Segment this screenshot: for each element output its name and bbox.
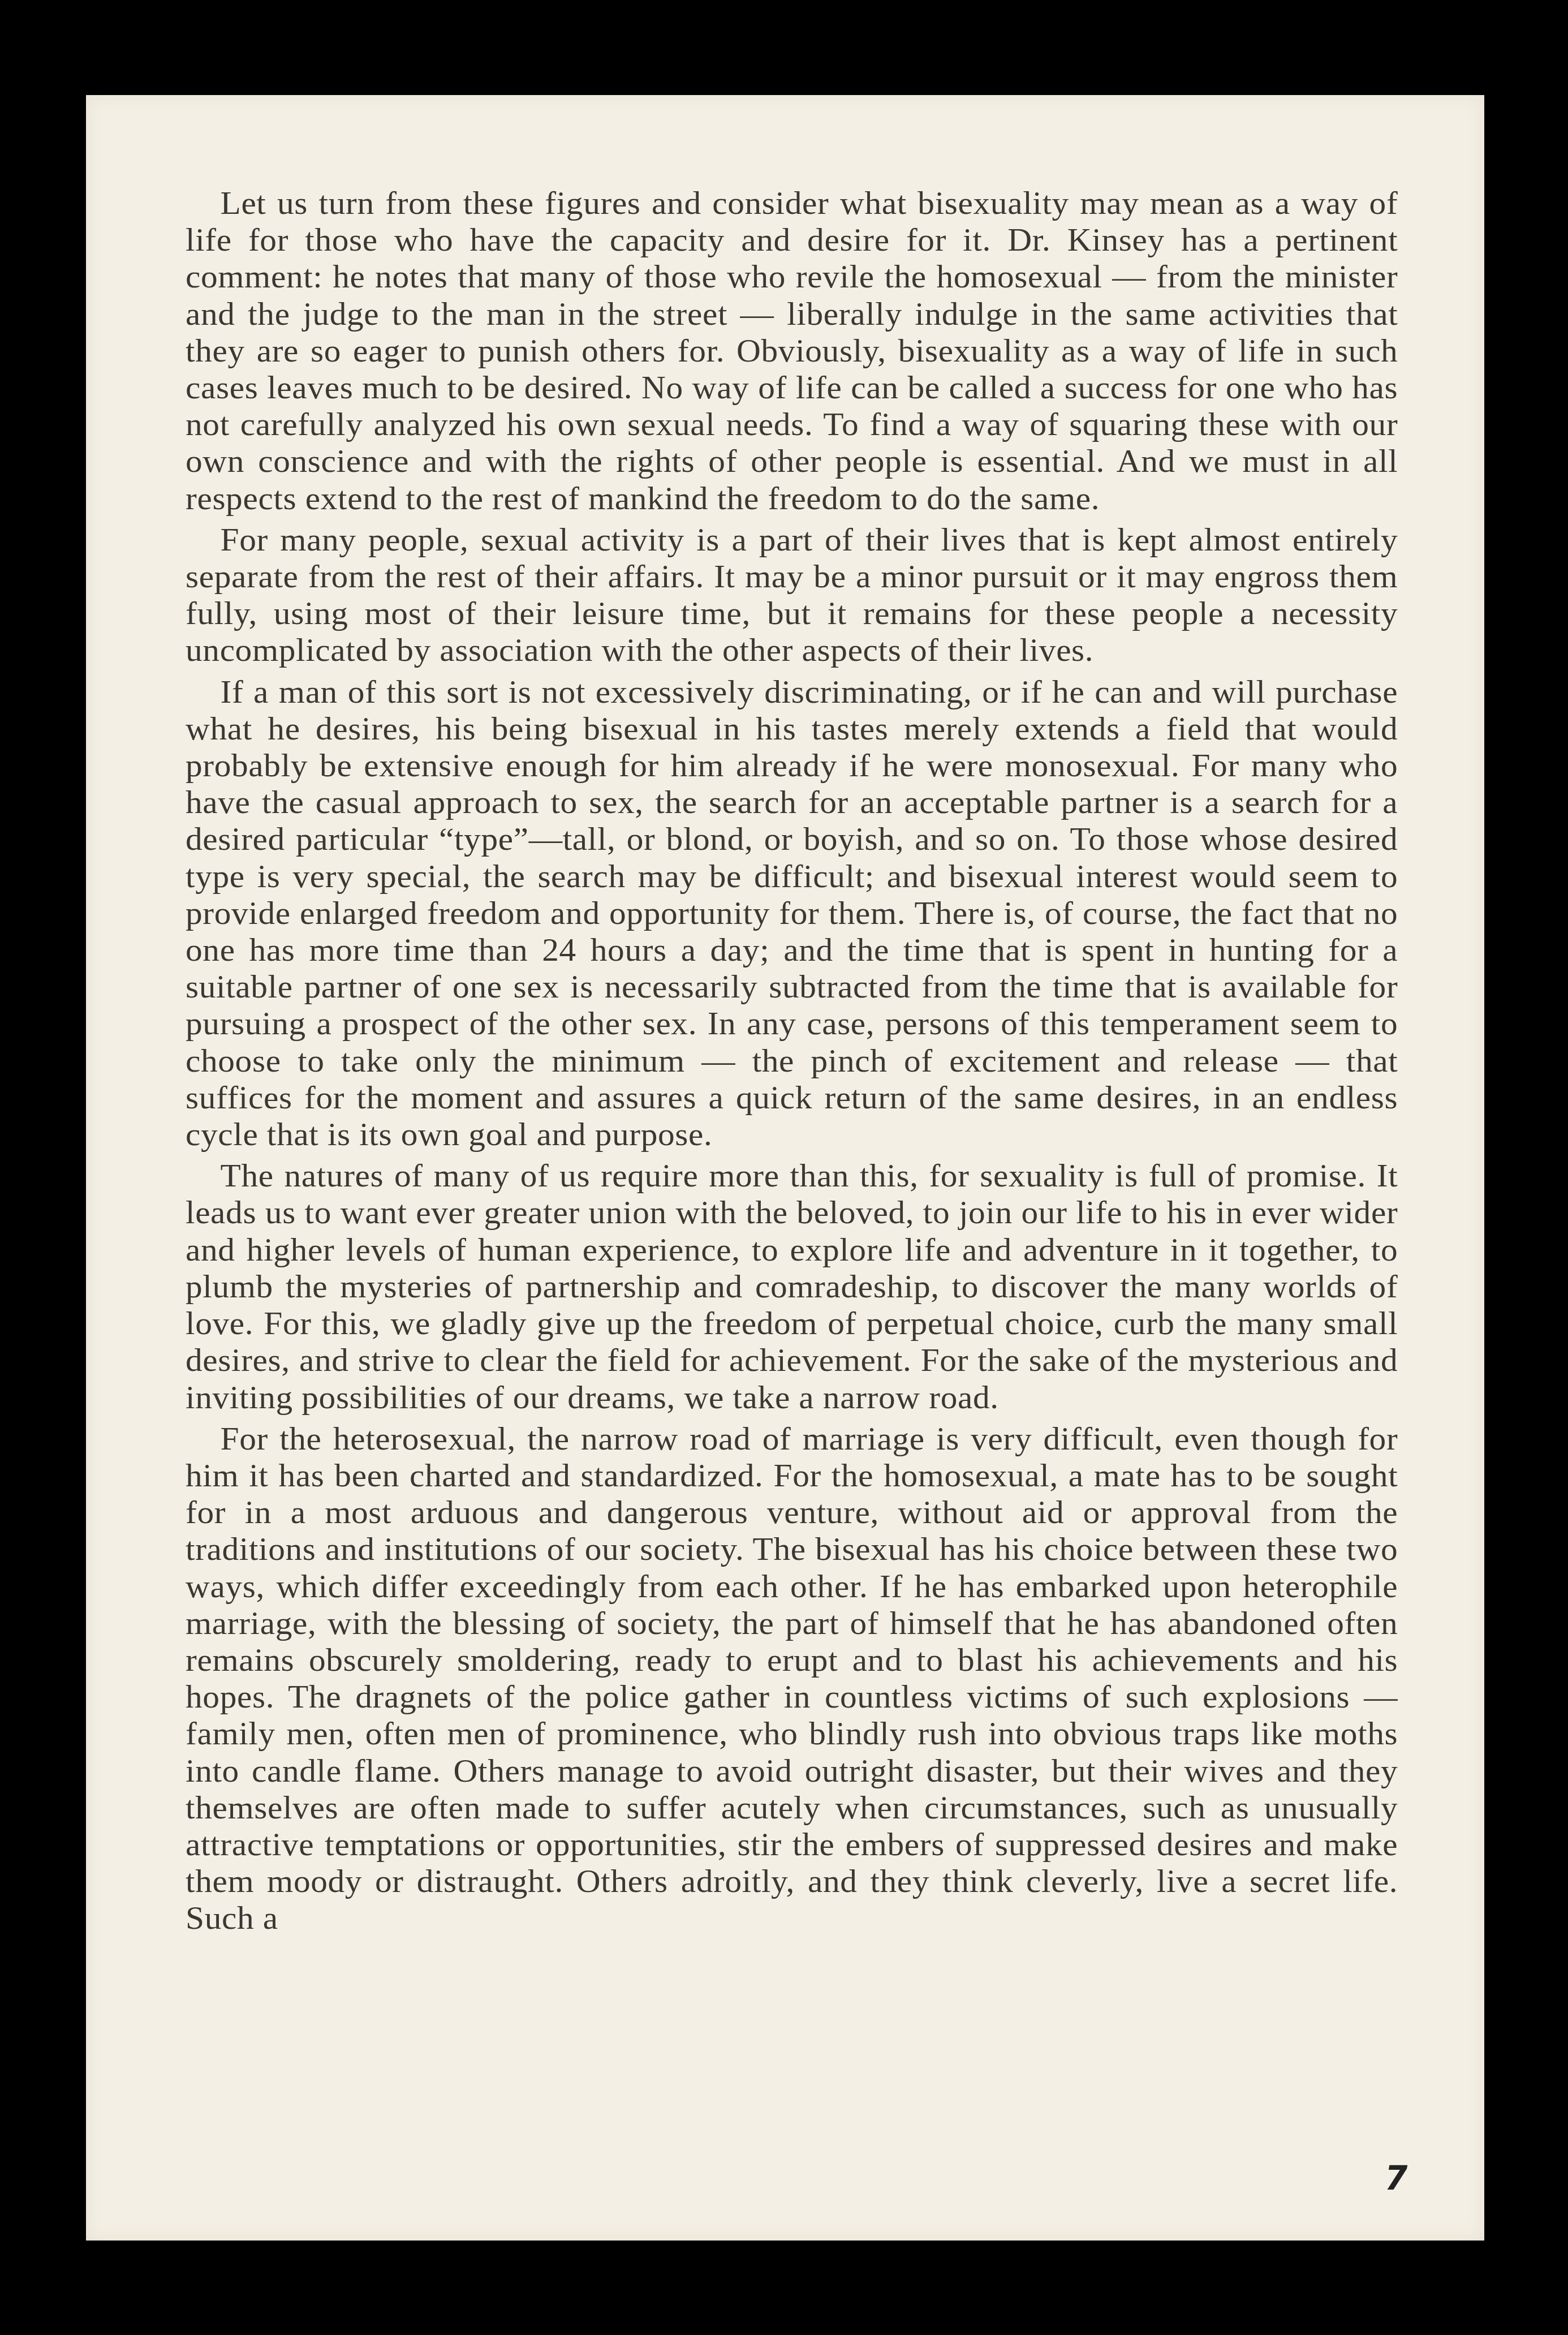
paragraph-1: Let us turn from these figures and consi…	[186, 186, 1398, 518]
body-text: Let us turn from these figures and consi…	[186, 186, 1471, 1942]
paragraph-5: For the heterosexual, the narrow road of…	[186, 1421, 1398, 1938]
book-page: Let us turn from these figures and consi…	[86, 95, 1484, 2241]
paragraph-3: If a man of this sort is not excessively…	[186, 674, 1398, 1154]
paragraph-2: For many people, sexual activity is a pa…	[186, 522, 1398, 670]
paragraph-4: The natures of many of us require more t…	[186, 1158, 1398, 1416]
page-number: 7	[1385, 2159, 1407, 2198]
